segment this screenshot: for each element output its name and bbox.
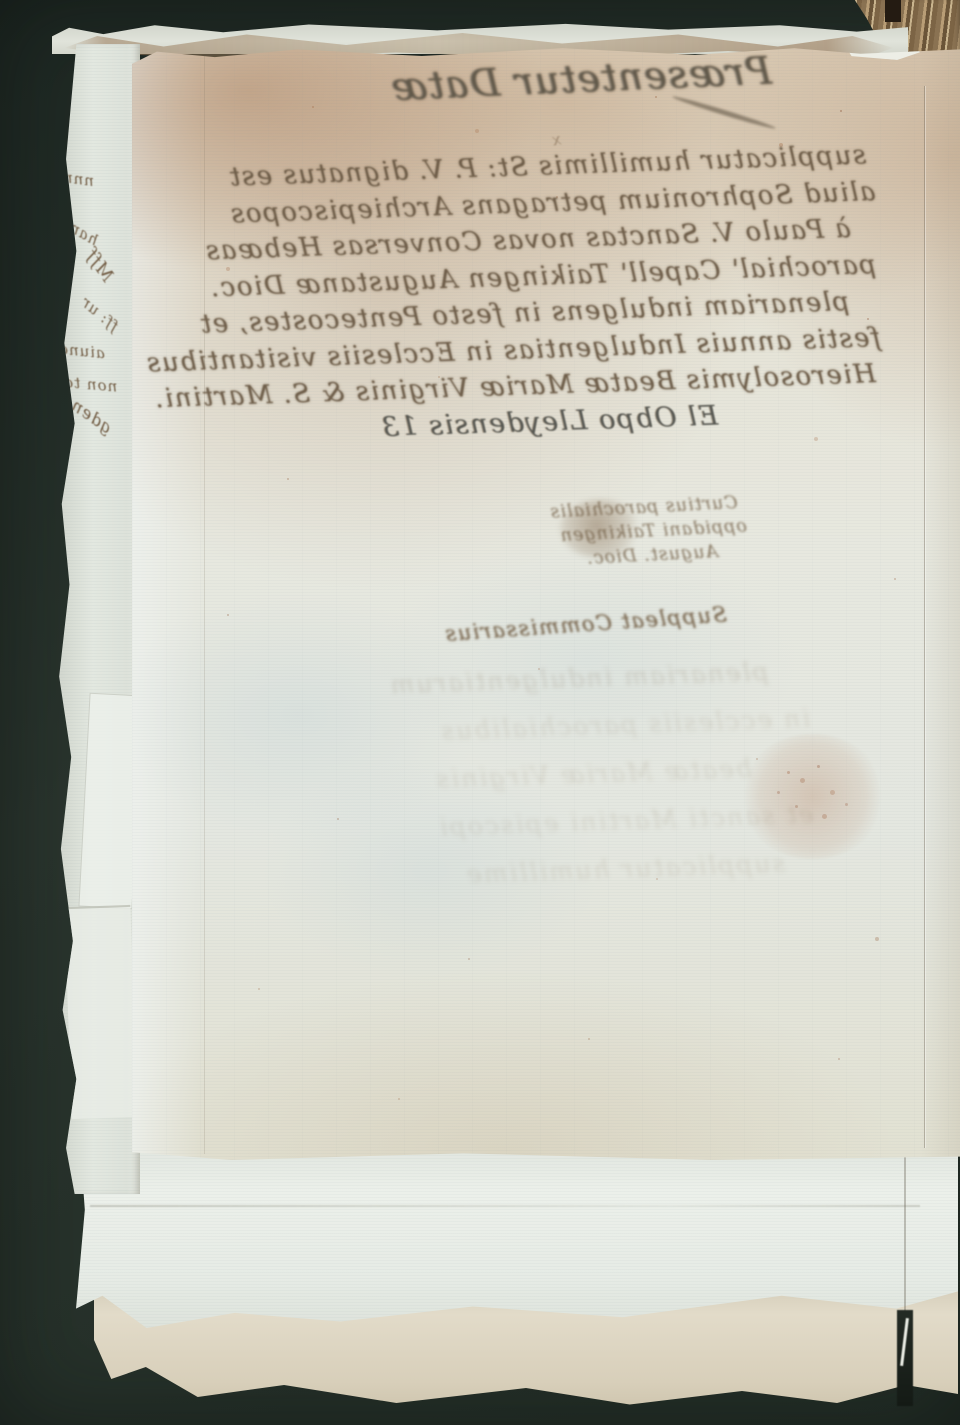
margin-scribble: hand — [56, 213, 101, 250]
margin-scribble: aiuno — [57, 340, 106, 363]
mirrored-signature-block: Curtius parochialis oppidani Taikingen A… — [455, 490, 748, 577]
gutter-strip: nnn hand Mff ff: ur aiuno non tor gden. — [54, 44, 140, 1194]
mirrored-body-text: supplicatur humillimis St: P. V. dignatu… — [179, 137, 884, 463]
heading-flourish — [672, 94, 777, 130]
mirrored-suppleat-line: Suppleat Commissarius — [476, 602, 727, 643]
vertical-fold-line — [924, 86, 925, 1148]
margin-scribble: gden. — [61, 392, 116, 439]
margin-scribble: nnn — [61, 168, 95, 190]
ghost-bleedthrough-text: plenariam indulgentiarum in ecclesiis pa… — [268, 647, 816, 906]
mirrored-heading: Præsentetur Datæ — [431, 49, 773, 108]
margin-scribble: Mff — [81, 245, 118, 286]
under-leaf-fold-line — [90, 1205, 920, 1207]
gutter-paper-patch — [64, 905, 137, 1119]
manuscript-page: Præsentetur Datæ x supplicatur humillimi… — [132, 46, 960, 1160]
small-ink-mark: x — [551, 129, 563, 149]
margin-scribble: non tor — [54, 372, 118, 395]
margin-scribble: ff: ur — [77, 293, 122, 335]
bottom-right-fold-line — [904, 1152, 906, 1312]
binding-gap-shadow — [885, 0, 901, 22]
